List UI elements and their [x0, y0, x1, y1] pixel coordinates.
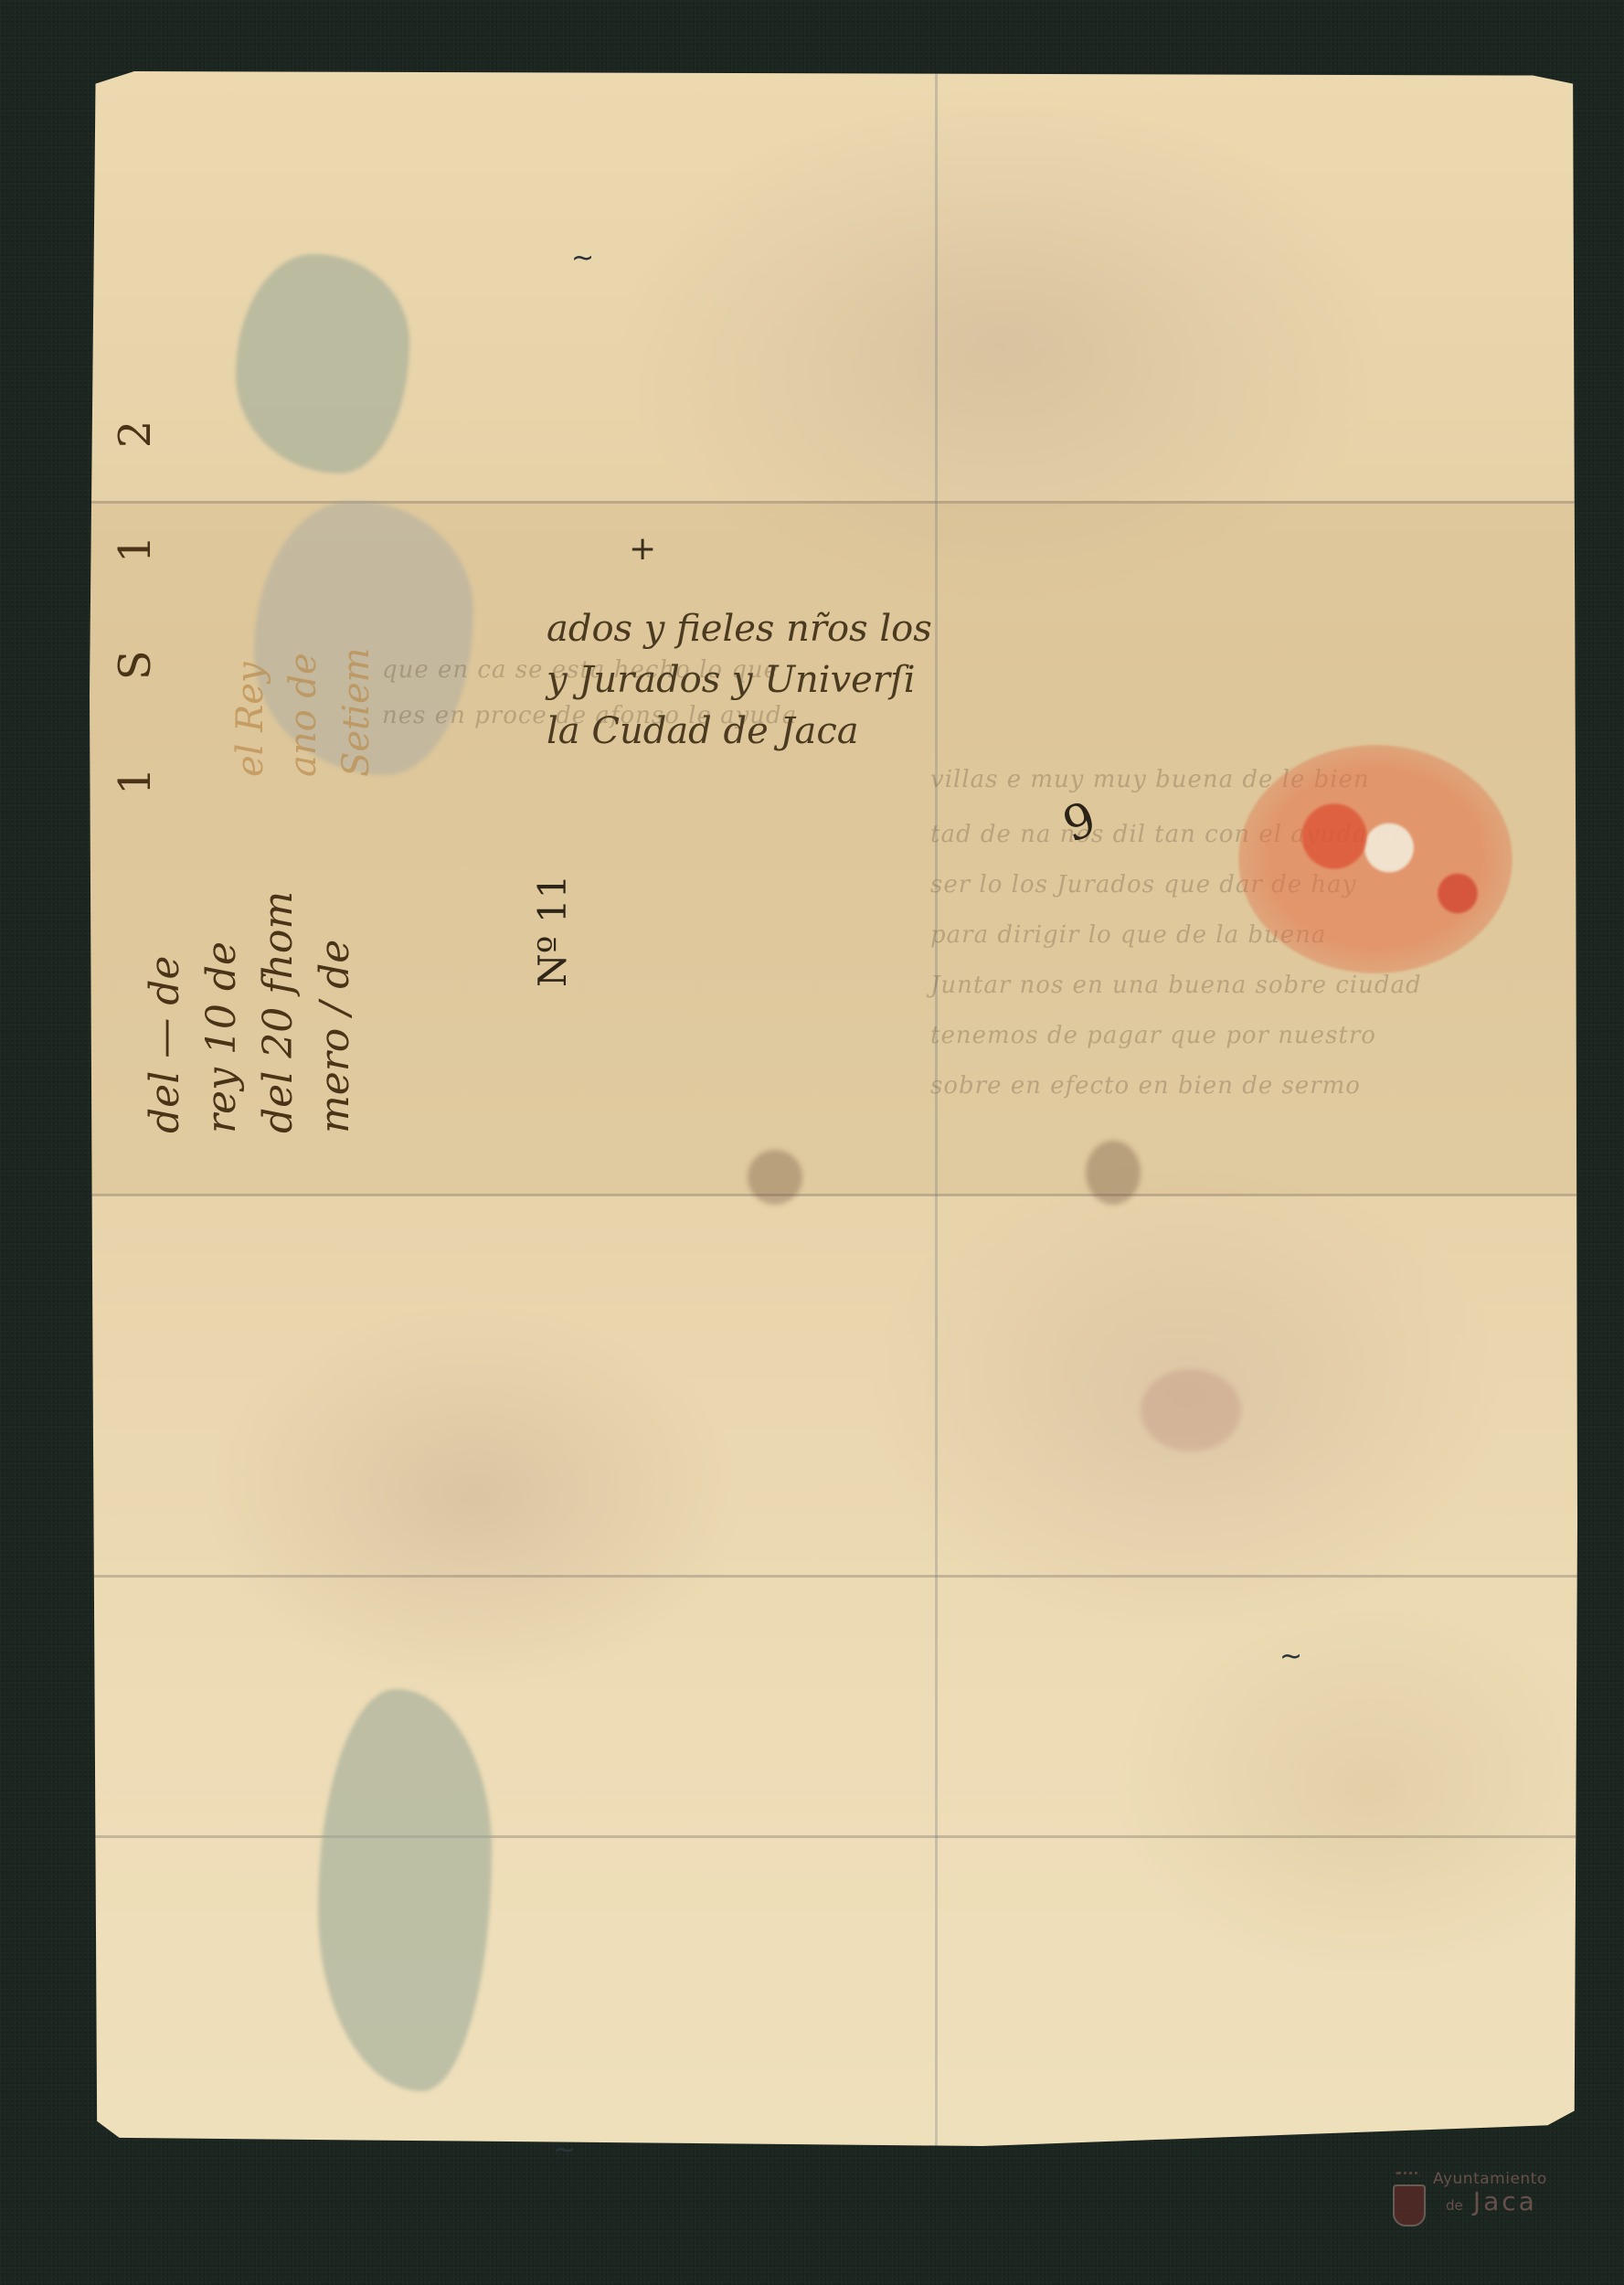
- rotated-pale-note: el Rey ano de Setiem: [224, 647, 383, 777]
- ayuntamiento-jaca-watermark: Ayuntamiento de Jaca: [1389, 2172, 1547, 2228]
- fold-line-horizontal-upper: [90, 501, 1577, 504]
- stain-circle: [1141, 1369, 1241, 1451]
- water-stain-top: [236, 254, 409, 473]
- watermark-line-1: Ayuntamiento: [1433, 2172, 1547, 2187]
- fold-line-horizontal-lower: [90, 1575, 1577, 1578]
- paper-loss-patch: [318, 1689, 492, 2091]
- red-wax-seal: [1238, 745, 1513, 973]
- address-line-1: ados y fieles nr̃os los: [547, 603, 932, 654]
- address-line-2: y Jurados y Univerſi: [547, 654, 932, 706]
- address-line-3: la Cudad de Jaca: [547, 706, 932, 757]
- ink-blot: [1086, 1141, 1141, 1205]
- pale-note-line-2: ano de: [277, 647, 330, 777]
- cross-mark: +: [629, 530, 656, 568]
- ink-mark: ~: [553, 2134, 576, 2166]
- bleed-through-line: tenemos de pagar que por nuestro: [930, 1022, 1376, 1049]
- bleed-through-line: sobre en efecto en bien de sermo: [930, 1072, 1361, 1100]
- ink-mark: ~: [571, 242, 594, 274]
- note-line-1: del — de: [137, 891, 194, 1133]
- note-line-2: rey 10 de: [194, 891, 250, 1133]
- bleed-through-line: Juntar nos en una buena sobre ciudad: [930, 972, 1422, 999]
- margin-numerals: 1 S 1 2: [110, 384, 161, 795]
- fold-line-vertical: [935, 71, 938, 2146]
- rotated-archival-note: del — de rey 10 de del 20 fhom mero / de: [137, 891, 364, 1133]
- note-line-4: mero / de: [307, 891, 364, 1133]
- pale-note-line-1: el Rey: [224, 647, 277, 777]
- watermark-de: de: [1446, 2197, 1463, 2214]
- watermark-jaca: Jaca: [1473, 2186, 1537, 2216]
- address-block: ados y fieles nr̃os los y Jurados y Univ…: [547, 603, 932, 757]
- coat-of-arms-icon: [1389, 2172, 1426, 2228]
- fold-line-horizontal-bottom: [90, 1835, 1577, 1838]
- fold-line-horizontal-middle: [90, 1194, 1577, 1196]
- ink-mark: ~: [1279, 1641, 1302, 1673]
- ink-blot: [748, 1150, 802, 1205]
- reference-number: Nº 11: [530, 875, 575, 987]
- pale-note-line-3: Setiem: [330, 647, 383, 777]
- note-line-3: del 20 fhom: [250, 891, 307, 1133]
